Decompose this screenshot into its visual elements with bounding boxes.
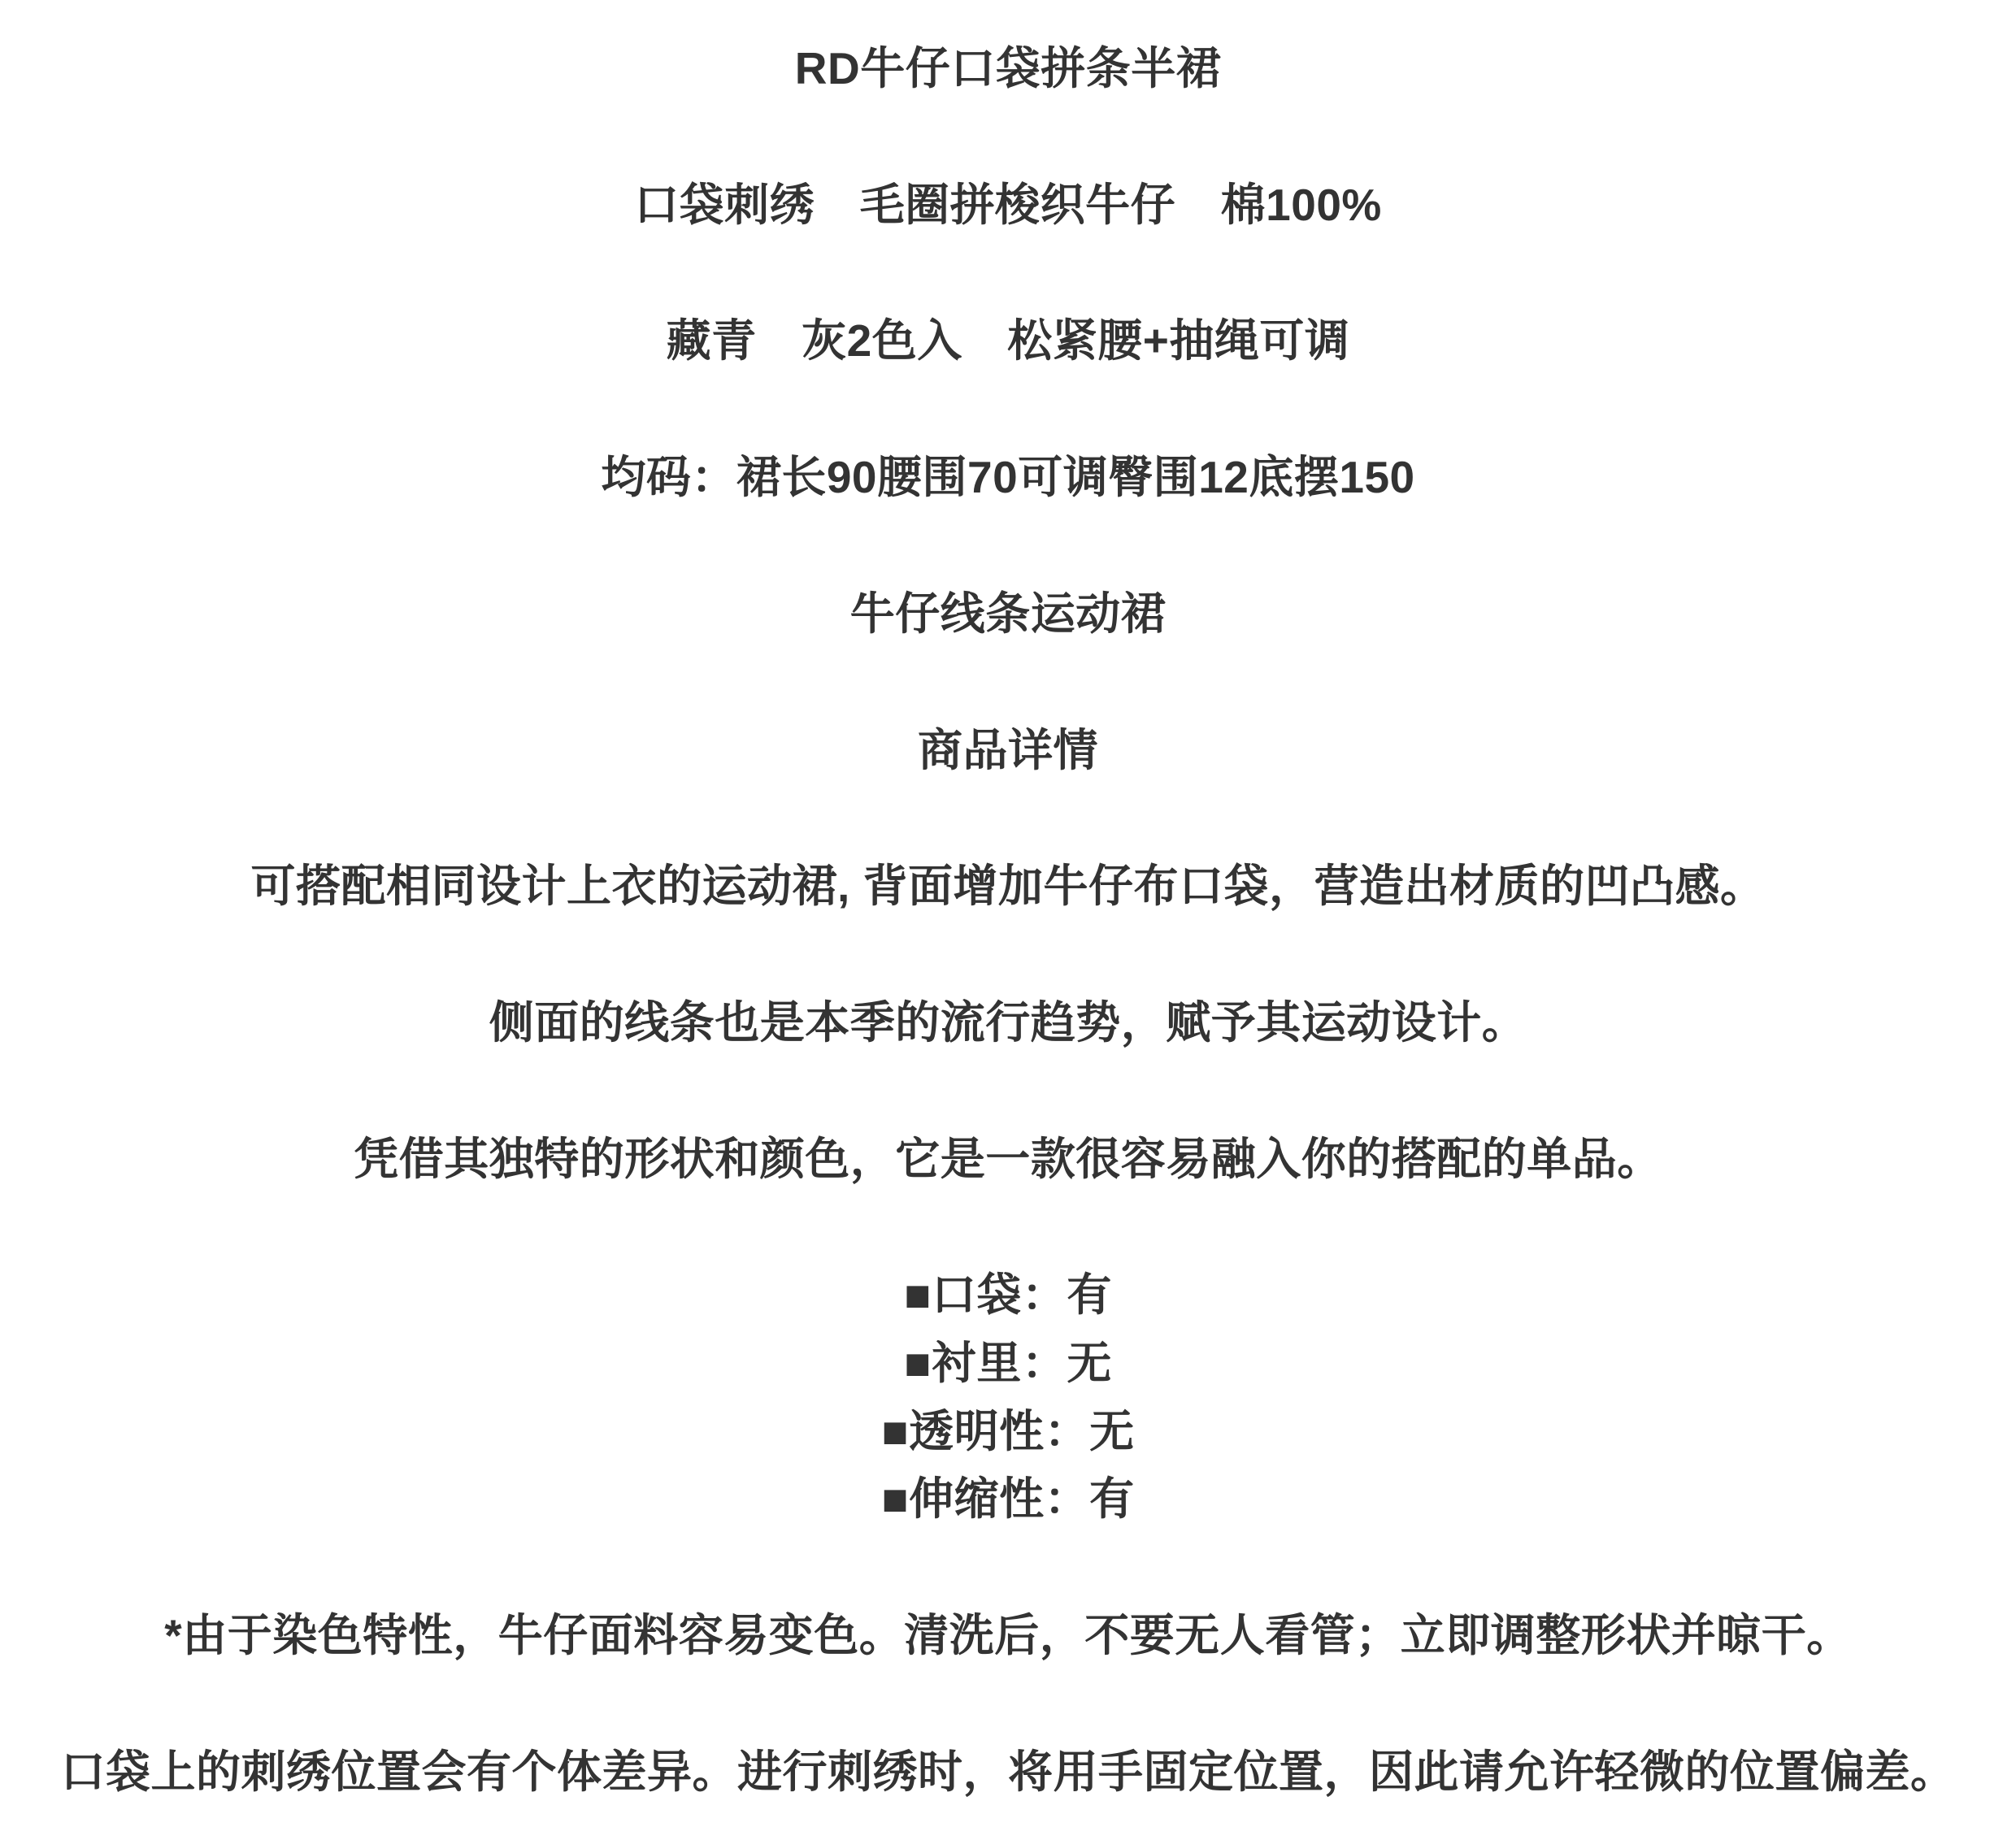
square-bullet-icon: ■ [881,1398,909,1466]
fabric-info-line: 口袋刺绣 毛圈拼梭织牛仔 棉100% [0,171,2016,240]
spec-value: 无 [1089,1406,1135,1456]
product-description-document: RD牛仔口袋拼条半裙 口袋刺绣 毛圈拼梭织牛仔 棉100% 藏青 灰2色入 松紧… [0,0,2016,1807]
size-info-line: 均码：裙长90腰围70可调臀围12底摆150 [0,444,2016,512]
spec-value: 无 [1067,1338,1112,1388]
description-paragraph-2: 侧面的线条也是本季的流行趋势，赋予其运动设计。 [0,989,2016,1057]
square-bullet-icon: ■ [881,1465,909,1534]
spec-value: 有 [1067,1269,1112,1320]
square-bullet-icon: ■ [904,1261,932,1330]
product-title: RD牛仔口袋拼条半裙 [0,35,2016,103]
embroidery-note: 口袋上的刺绣位置会有个体差异。进行刺绣时，将用手固定位置，因此请允许轻微的位置偏… [0,1738,2016,1807]
color-options-line: 藏青 灰2色入 松紧腰+抽绳可调 [0,307,2016,375]
spec-separator: ： [1022,1269,1067,1320]
description-paragraph-3: 凭借其独特的形状和颜色，它是一款很容易融入你的搭配的单品。 [0,1126,2016,1194]
spec-row-stretch: ■伸缩性：有 [0,1465,2016,1534]
spec-row-lining: ■衬里：无 [0,1330,2016,1398]
spec-list: ■口袋：有 ■衬里：无 ■透明性：无 ■伸缩性：有 [0,1261,2016,1534]
spec-label: 伸缩性 [909,1473,1045,1524]
spec-row-transparency: ■透明性：无 [0,1398,2016,1466]
spec-separator: ： [1045,1406,1090,1456]
section-heading: 商品详情 [0,717,2016,785]
spec-separator: ： [1022,1338,1067,1388]
spec-label: 透明性 [909,1406,1045,1456]
description-paragraph-1: 可搭配相同设计上衣的运动裙, 背面增加牛仔布口袋，营造出材质的凹凸感。 [0,853,2016,921]
spec-separator: ： [1045,1473,1090,1524]
spec-row-pocket: ■口袋：有 [0,1261,2016,1330]
square-bullet-icon: ■ [904,1330,932,1398]
spec-value: 有 [1089,1473,1135,1524]
spec-label: 衬里 [932,1338,1022,1388]
product-subtitle: 牛仔线条运动裙 [0,580,2016,649]
spec-label: 口袋 [932,1269,1022,1320]
care-note: *由于染色特性，牛仔面料容易变色。清洗后，不要无人看管；立即调整形状并晾干。 [0,1602,2016,1670]
